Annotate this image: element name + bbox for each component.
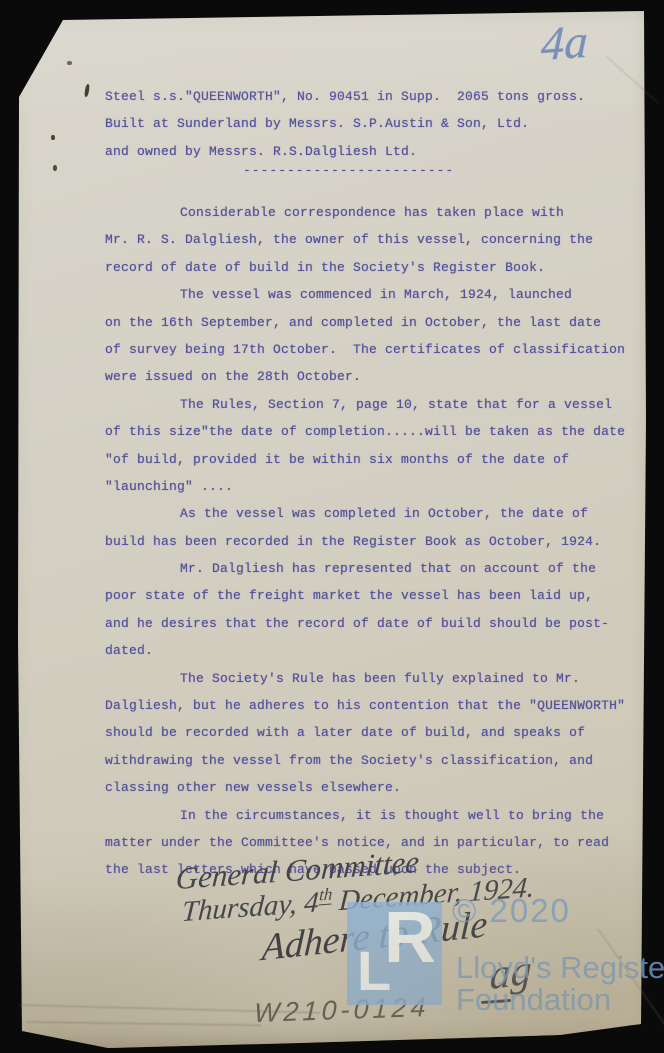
typed-line: were issued on the 28th October. — [105, 363, 625, 390]
typed-line: record of date of build in the Society's… — [105, 254, 625, 281]
typed-line: dated. — [105, 637, 625, 664]
scanned-document-page: { "page": { "background_color": "#0a0a0a… — [0, 0, 664, 1053]
typed-line: Built at Sunderland by Messrs. S.P.Austi… — [105, 110, 585, 137]
typed-line: Considerable correspondence has taken pl… — [105, 199, 625, 226]
typed-line: The vessel was commenced in March, 1924,… — [105, 281, 625, 308]
paper-speck — [67, 61, 72, 65]
typed-line: Mr. R. S. Dalgliesh, the owner of this v… — [105, 226, 625, 253]
paper-speck — [51, 135, 55, 140]
typed-separator-line: ------------------------ — [243, 157, 454, 184]
typed-body-text: Considerable correspondence has taken pl… — [105, 199, 625, 884]
typed-line: As the vessel was completed in October, … — [105, 500, 625, 527]
typed-line: "launching" .... — [105, 473, 625, 500]
typed-line: Mr. Dalgliesh has represented that on ac… — [105, 555, 625, 582]
typed-line: build has been recorded in the Register … — [105, 528, 625, 555]
archive-reference: W210-0124 — [254, 992, 431, 1029]
typed-line: classing other new vessels elsewhere. — [105, 774, 625, 801]
typed-line: and he desires that the record of date o… — [105, 610, 625, 637]
paper-speck — [53, 165, 57, 171]
initials-annotation: ag — [489, 946, 532, 1001]
typed-line: should be recorded with a later date of … — [105, 719, 625, 746]
folio-number-annotation: 4a — [540, 15, 589, 73]
typed-line: Steel s.s."QUEENWORTH", No. 90451 in Sup… — [105, 83, 585, 110]
typed-line: withdrawing the vessel from the Society'… — [105, 747, 625, 774]
typed-line: of survey being 17th October. The certif… — [105, 336, 625, 363]
typed-vessel-header: Steel s.s."QUEENWORTH", No. 90451 in Sup… — [105, 83, 585, 165]
typed-line: In the circumstances, it is thought well… — [105, 802, 625, 829]
typed-line: of this size"the date of completion.....… — [105, 418, 625, 445]
typed-line: on the 16th September, and completed in … — [105, 309, 625, 336]
typed-line: The Society's Rule has been fully explai… — [105, 665, 625, 692]
typed-line: "of build, provided it be within six mon… — [105, 446, 625, 473]
typed-line: Dalgliesh, but he adheres to his content… — [105, 692, 625, 719]
typed-line: poor state of the freight market the ves… — [105, 582, 625, 609]
typed-line: The Rules, Section 7, page 10, state tha… — [105, 391, 625, 418]
